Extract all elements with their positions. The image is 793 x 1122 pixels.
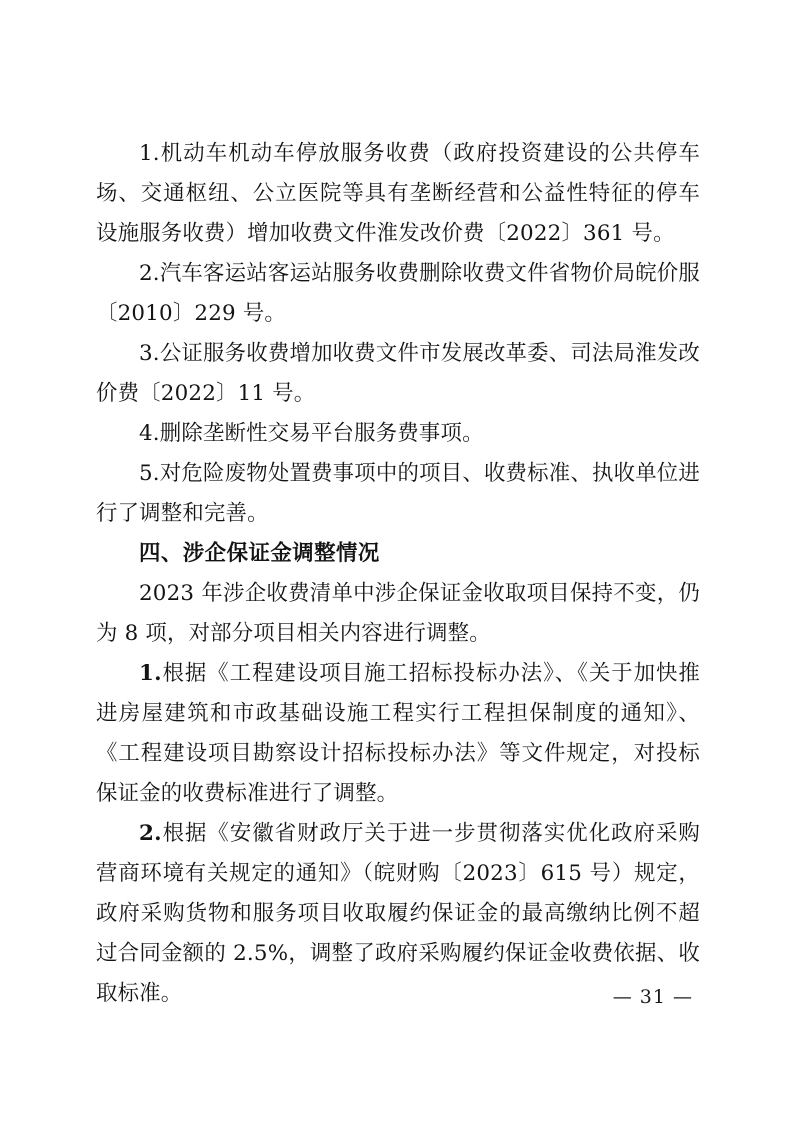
page-content: 1.机动车机动车停放服务收费（政府投资建设的公共停车场、交通枢纽、公立医院等具有…	[96, 134, 700, 1014]
section4-paragraph-1: 2023 年涉企收费清单中涉企保证金收取项目保持不变，仍为 8 项，对部分项目相…	[96, 574, 700, 654]
paragraph-text: 5.对危险废物处置费事项中的项目、收费标准、执收单位进行了调整和完善。	[96, 461, 700, 526]
paragraph-text: 根据《工程建设项目施工招标投标办法》、《关于加快推进房屋建筑和市政基础设施工程实…	[96, 661, 700, 806]
paragraph-text: 根据《安徽省财政厅关于进一步贯彻落实优化政府采购营商环境有关规定的通知》（皖财购…	[96, 821, 700, 1006]
paragraph-lead: 2.	[139, 821, 162, 846]
paragraph-text: 4.删除垄断性交易平台服务费事项。	[139, 421, 484, 446]
list-item-2: 2.汽车客运站客运站服务收费删除收费文件省物价局皖价服〔2010〕229 号。	[96, 254, 700, 334]
list-item-4: 4.删除垄断性交易平台服务费事项。	[96, 414, 700, 454]
paragraph-text: 1.机动车机动车停放服务收费（政府投资建设的公共停车场、交通枢纽、公立医院等具有…	[96, 141, 700, 246]
document-page: 1.机动车机动车停放服务收费（政府投资建设的公共停车场、交通枢纽、公立医院等具有…	[0, 0, 793, 1122]
paragraph-lead: 1.	[139, 661, 162, 686]
list-item-1: 1.机动车机动车停放服务收费（政府投资建设的公共停车场、交通枢纽、公立医院等具有…	[96, 134, 700, 254]
section-heading: 四、涉企保证金调整情况	[96, 534, 700, 574]
paragraph-text: 2.汽车客运站客运站服务收费删除收费文件省物价局皖价服〔2010〕229 号。	[96, 261, 700, 326]
list-item-3: 3.公证服务收费增加收费文件市发展改革委、司法局淮发改价费〔2022〕11 号。	[96, 334, 700, 414]
page-number: — 31 —	[613, 984, 693, 1010]
list-item-5: 5.对危险废物处置费事项中的项目、收费标准、执收单位进行了调整和完善。	[96, 454, 700, 534]
paragraph-text: 3.公证服务收费增加收费文件市发展改革委、司法局淮发改价费〔2022〕11 号。	[96, 341, 700, 406]
section4-paragraph-3: 2.根据《安徽省财政厅关于进一步贯彻落实优化政府采购营商环境有关规定的通知》（皖…	[96, 814, 700, 1014]
section4-paragraph-2: 1.根据《工程建设项目施工招标投标办法》、《关于加快推进房屋建筑和市政基础设施工…	[96, 654, 700, 814]
paragraph-text: 2023 年涉企收费清单中涉企保证金收取项目保持不变，仍为 8 项，对部分项目相…	[96, 581, 700, 646]
